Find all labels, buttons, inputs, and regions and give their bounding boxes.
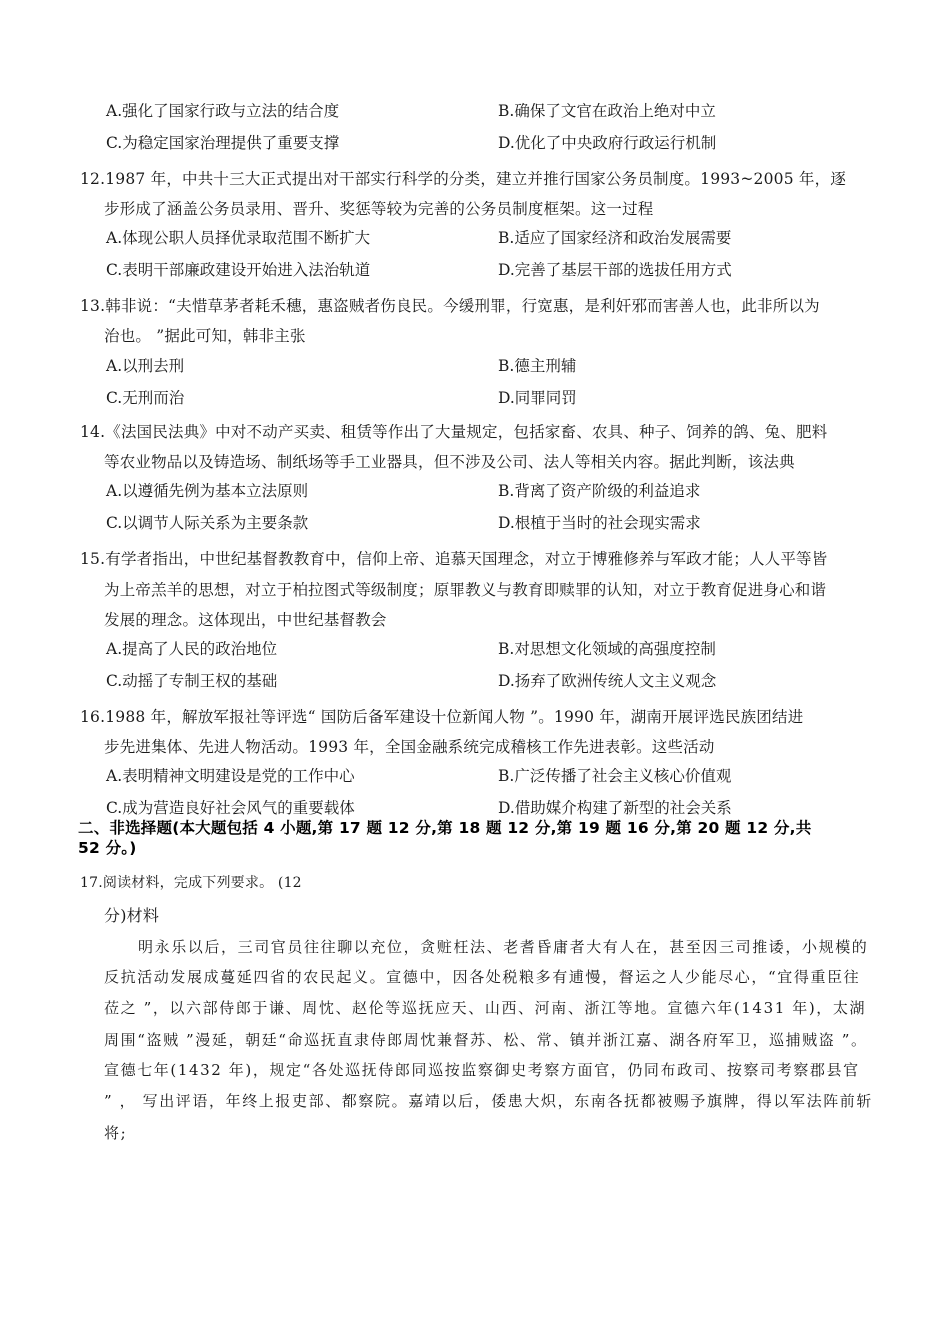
q15-option-a: A.提高了人民的政治地位: [106, 639, 277, 659]
q12-option-a: A.体现公职人员择优录取范围不断扩大: [106, 228, 370, 248]
q11-option-c: C.为稳定国家治理提供了重要支撑: [106, 133, 339, 153]
q15-stem-line-2: 为上帝羔羊的思想，对立于柏拉图式等级制度；原罪教义与教育即赎罪的认知，对立于教育…: [104, 580, 826, 600]
q16-option-a: A.表明精神文明建设是党的工作中心: [106, 766, 355, 786]
q11-option-a: A.强化了国家行政与立法的结合度: [106, 101, 339, 121]
q17-material-line-6: ” ， 写出评语，年终上报吏部、都察院。嘉靖以后，倭患大炽，东南各抚都被赐予旗牌…: [104, 1091, 873, 1111]
q13-option-b: B.德主刑辅: [498, 356, 576, 376]
q13-stem-line-2: 治也。 ”据此可知，韩非主张: [104, 326, 306, 346]
q17-stem-line-2: 分)材料: [104, 906, 159, 926]
q14-option-b: B.背离了资产阶级的利益追求: [498, 481, 700, 501]
q14-option-a: A.以遵循先例为基本立法原则: [106, 481, 308, 501]
q13-option-d: D.同罪同罚: [498, 388, 577, 408]
q17-material-line-5: 宣德七年(1432 年)，规定“各处巡抚侍郎同巡按监察御史考察方面官，仍同布政司…: [104, 1060, 860, 1080]
q13-option-a: A.以刑去刑: [106, 356, 184, 376]
q14-stem-line-1: 14.《法国民法典》中对不动产买卖、租赁等作出了大量规定，包括家畜、农具、种子、…: [80, 422, 827, 442]
q12-stem-line-1: 12.1987 年，中共十三大正式提出对干部实行科学的分类，建立并推行国家公务员…: [80, 169, 846, 189]
q17-material-line-4: 周围“盗贼 ”漫延，朝廷“命巡抚直隶侍郎周忱兼督苏、松、常、镇并浙江嘉、湖各府军…: [104, 1030, 868, 1050]
q17-material-line-1: 明永乐以后，三司官员往往聊以充位，贪赃枉法、老耆昏庸者大有人在，甚至因三司推诿，…: [138, 937, 868, 957]
q15-option-c: C.动摇了专制王权的基础: [106, 671, 277, 691]
q17-material-line-3: 莅之 ”，以六部侍郎于谦、周忱、赵伦等巡抚应天、山西、河南、浙江等地。宣德六年(…: [104, 998, 866, 1018]
q14-option-d: D.根植于当时的社会现实需求: [498, 513, 701, 533]
q14-option-c: C.以调节人际关系为主要条款: [106, 513, 308, 533]
q11-option-b: B.确保了文官在政治上绝对中立: [498, 101, 716, 121]
q13-option-c: C.无刑而治: [106, 388, 184, 408]
q16-stem-line-1: 16.1988 年，解放军报社等评选“ 国防后备军建设十位新闻人物 ”。1990…: [80, 707, 803, 727]
q15-option-b: B.对思想文化领域的高强度控制: [498, 639, 716, 659]
q15-option-d: D.扬弃了欧洲传统人文主义观念: [498, 671, 716, 691]
q13-stem-line-1: 13.韩非说：“夫惜草茅者耗禾穗，惠盗贼者伤良民。今缓刑罪，行宽惠，是利奸邪而害…: [80, 296, 820, 316]
q12-option-c: C.表明干部廉政建设开始进入法治轨道: [106, 260, 370, 280]
q17-stem-line-1: 17.阅读材料，完成下列要求。 (12: [80, 873, 302, 893]
section2-heading-line-2: 52 分。): [78, 838, 137, 858]
q16-stem-line-2: 步先进集体、先进人物活动。1993 年，全国金融系统完成稽核工作先进表彰。这些活…: [104, 737, 715, 757]
q16-option-b: B.广泛传播了社会主义核心价值观: [498, 766, 731, 786]
q12-option-d: D.完善了基层干部的选拔任用方式: [498, 260, 732, 280]
q17-material-line-2: 反抗活动发展成蔓延四省的农民起义。宣德中，因各处税粮多有逋慢，督运之人少能尽心，…: [104, 967, 860, 987]
q16-option-d: D.借助媒介构建了新型的社会关系: [498, 798, 732, 818]
q14-stem-line-2: 等农业物品以及铸造场、制纸场等手工业器具，但不涉及公司、法人等相关内容。据此判断…: [104, 452, 795, 472]
q12-option-b: B.适应了国家经济和政治发展需要: [498, 228, 731, 248]
q16-option-c: C.成为营造良好社会风气的重要载体: [106, 798, 355, 818]
q15-stem-line-3: 发展的理念。这体现出，中世纪基督教会: [104, 610, 387, 630]
q11-option-d: D.优化了中央政府行政运行机制: [498, 133, 716, 153]
q12-stem-line-2: 步形成了涵盖公务员录用、晋升、奖惩等较为完善的公务员制度框架。这一过程: [104, 199, 654, 219]
section2-heading-line-1: 二、非选择题(本大题包括 4 小题,第 17 题 12 分,第 18 题 12 …: [78, 818, 811, 838]
q17-material-line-7: 将;: [104, 1123, 127, 1143]
q15-stem-line-1: 15.有学者指出，中世纪基督教教育中，信仰上帝、追慕天国理念，对立于博雅修养与军…: [80, 549, 827, 569]
